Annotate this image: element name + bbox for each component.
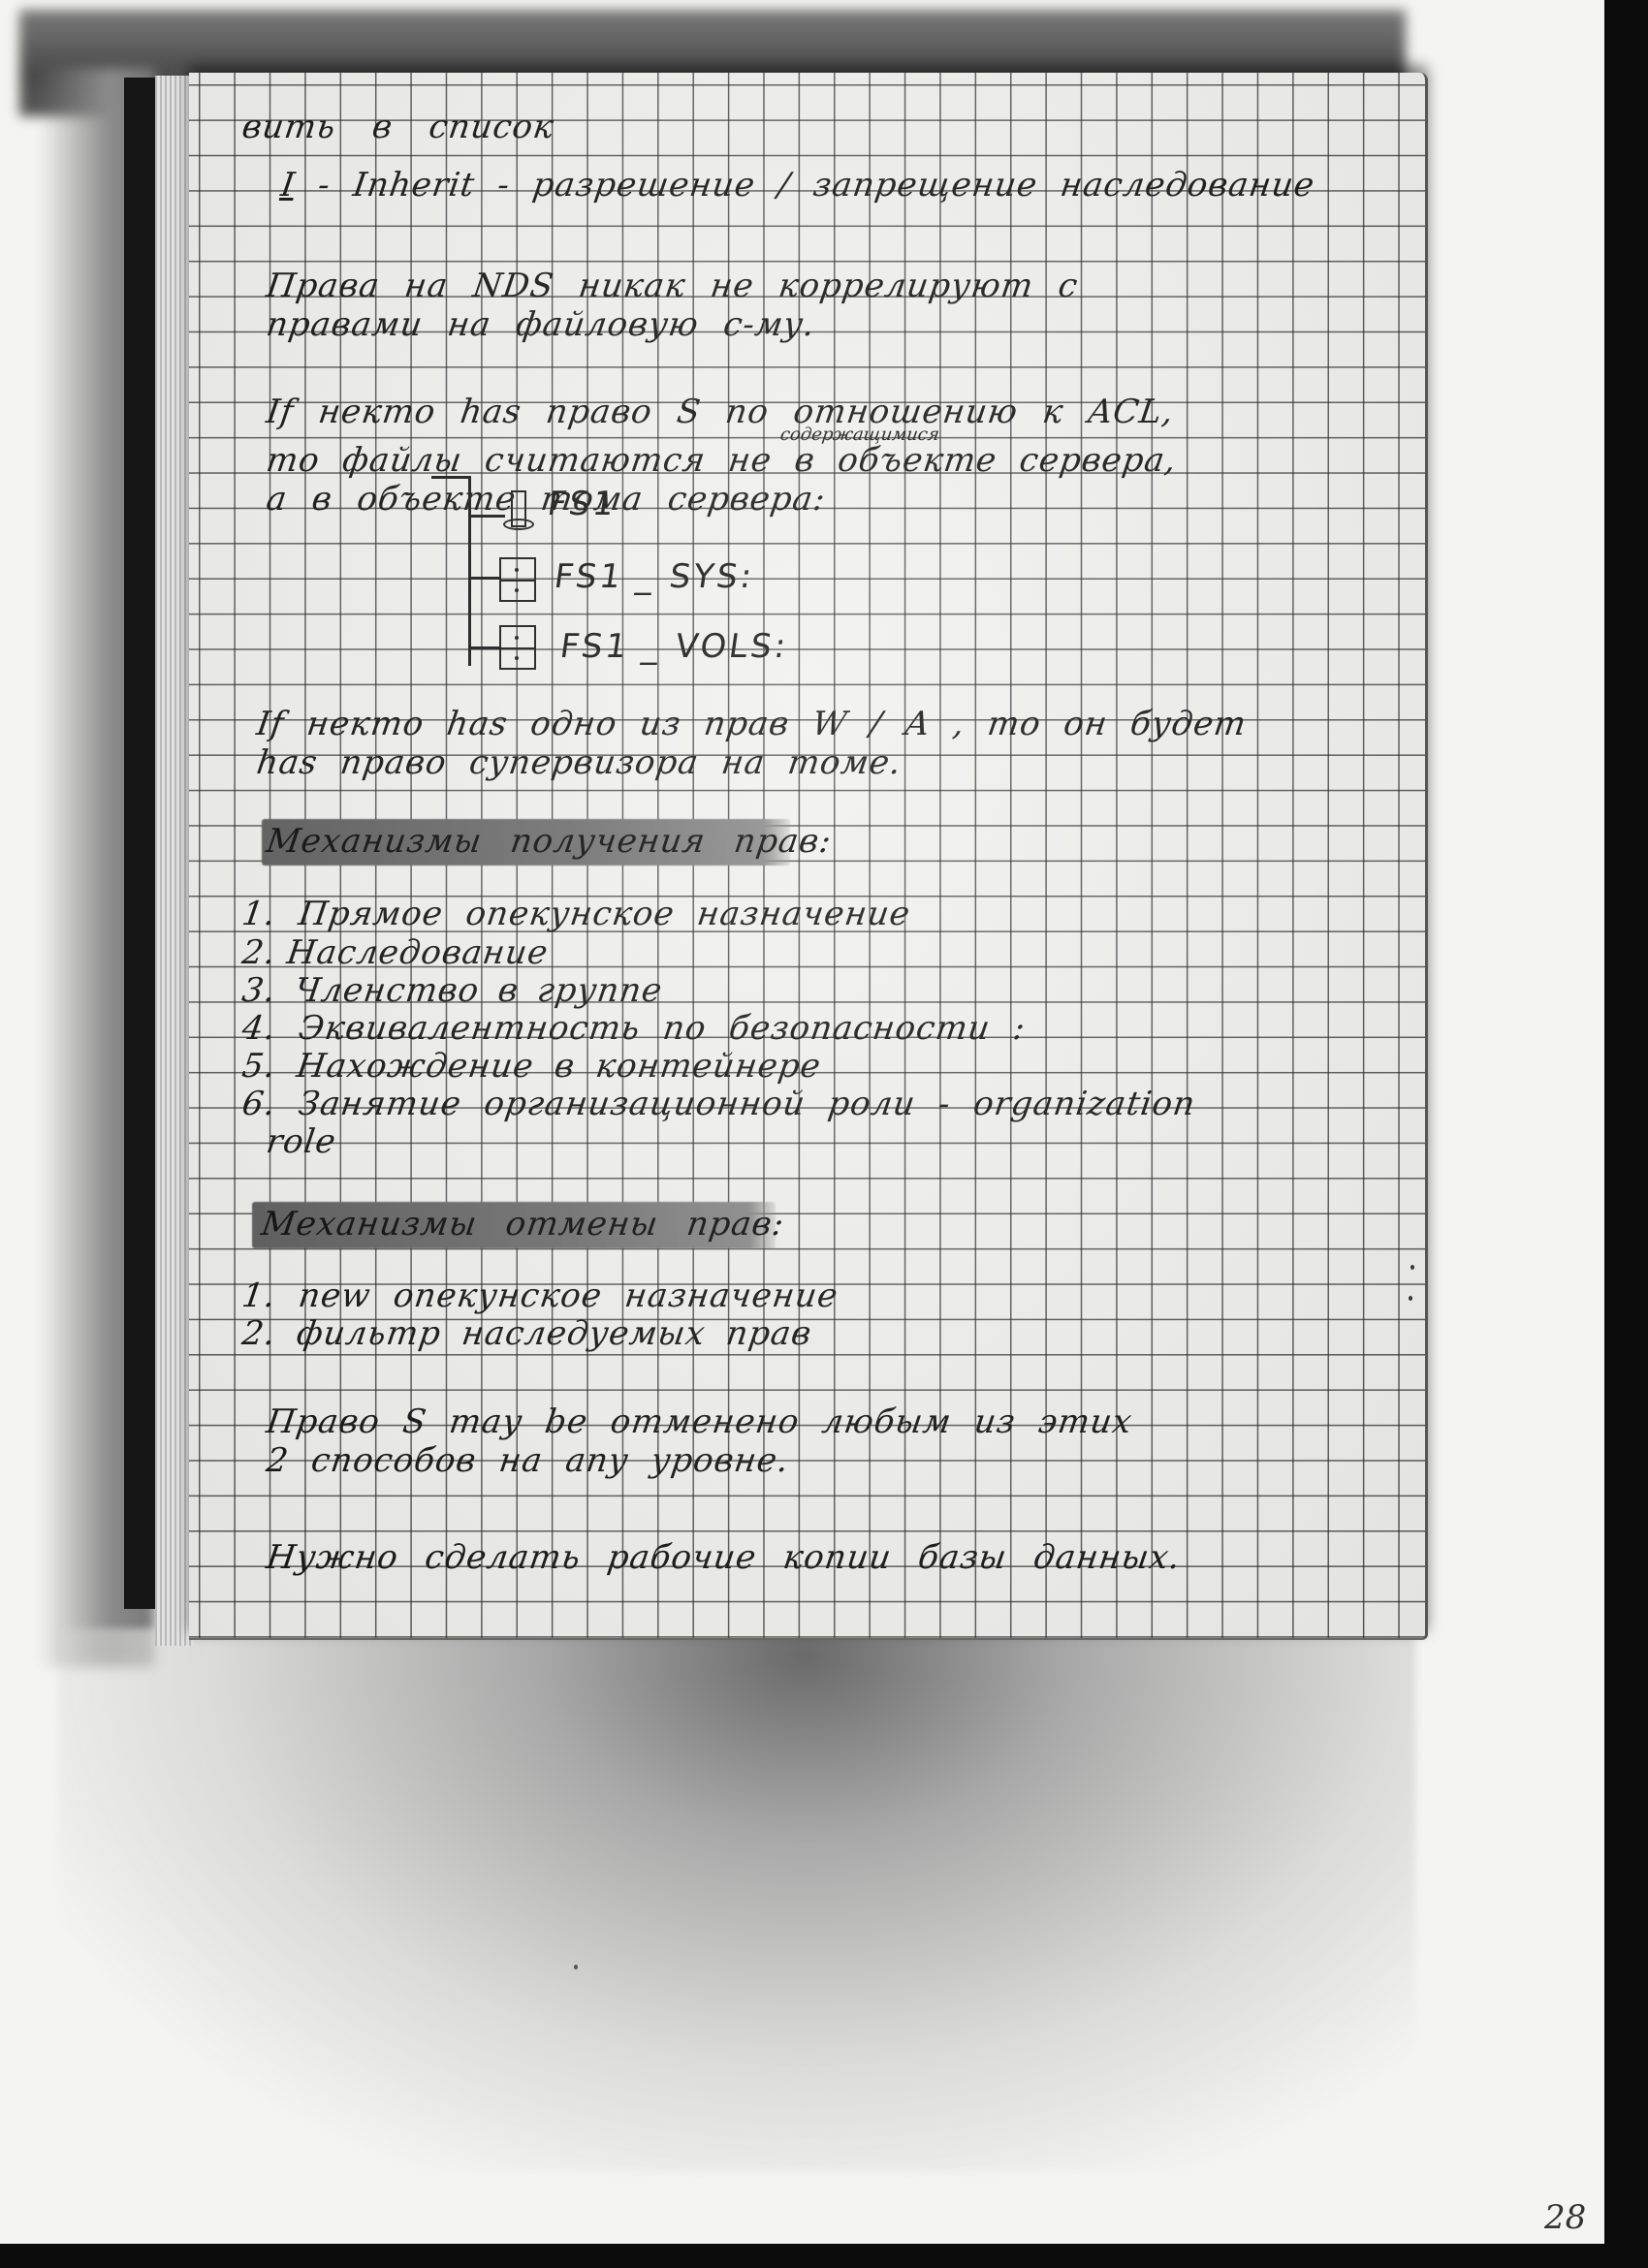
- list-item: 4. Эквивалентность по безопасности :: [239, 1009, 1028, 1048]
- wa-line-2: has право супервизора на томе.: [254, 743, 903, 782]
- notebook-spine: [124, 78, 155, 1609]
- list-item-continuation: role: [264, 1122, 338, 1161]
- continuation-line: вить в список: [239, 108, 556, 146]
- scan-edge-right: [1604, 0, 1648, 2268]
- scan-shadow-bottom: [58, 1628, 1415, 2171]
- wa-line-1: If некто has одно из прав W / A , то он …: [254, 705, 1249, 743]
- volume-icon: [499, 557, 536, 602]
- tree-label: FS1 _ VOLS:: [557, 627, 791, 666]
- nds-line-2: правами на файловую с-му.: [264, 305, 817, 344]
- revoke-heading: Механизмы отмены прав:: [259, 1205, 787, 1244]
- list-item: 2. фильтр наследуемых прав: [239, 1314, 814, 1353]
- notebook-page-stack: [155, 76, 194, 1646]
- inherit-text: - Inherit - разрешение / запрещение насл…: [293, 166, 1317, 205]
- stray-mark: [1409, 1296, 1412, 1301]
- stray-mark: [574, 1965, 578, 1969]
- final-line: Нужно сделать рабочие копии базы данных.: [264, 1538, 1183, 1577]
- scan-edge-bottom: [0, 2244, 1648, 2268]
- s-revoke-line-1: Право S may be отменено любым из этих: [264, 1402, 1135, 1441]
- volume-icon: [499, 625, 536, 670]
- s-para-line-2: то файлы считаются не в объекте сервера,: [264, 441, 1179, 480]
- s-para-line-1: If некто has право S по отношению к ACL,: [264, 393, 1176, 431]
- page-number: 28: [1544, 2198, 1586, 2237]
- notebook-page: вить в список I - Inherit - разрешение /…: [189, 73, 1428, 1640]
- inherit-line: I - Inherit - разрешение / запрещение на…: [278, 166, 1317, 205]
- list-item: 1. new опекунское назначение: [239, 1276, 840, 1315]
- list-item: 2. Наследование: [239, 933, 551, 972]
- nds-line-1: Права на NDS никак не коррелируют с: [264, 267, 1081, 305]
- list-item: 5. Нахождение в контейнере: [239, 1047, 823, 1086]
- obtain-heading: Механизмы получения прав:: [264, 822, 834, 861]
- stray-mark: [1410, 1265, 1414, 1270]
- server-base-icon: [503, 519, 534, 530]
- list-item: 6. Занятие организационной роли - organi…: [239, 1085, 1198, 1123]
- tree-label: FS1: [545, 485, 619, 523]
- list-item: 1. Прямое опекунское назначение: [239, 895, 913, 933]
- s-revoke-line-2: 2 способов на any уровне.: [264, 1441, 792, 1480]
- tree-label: FS1 _ SYS:: [552, 557, 757, 596]
- list-item: 3. Членство в группе: [239, 971, 665, 1010]
